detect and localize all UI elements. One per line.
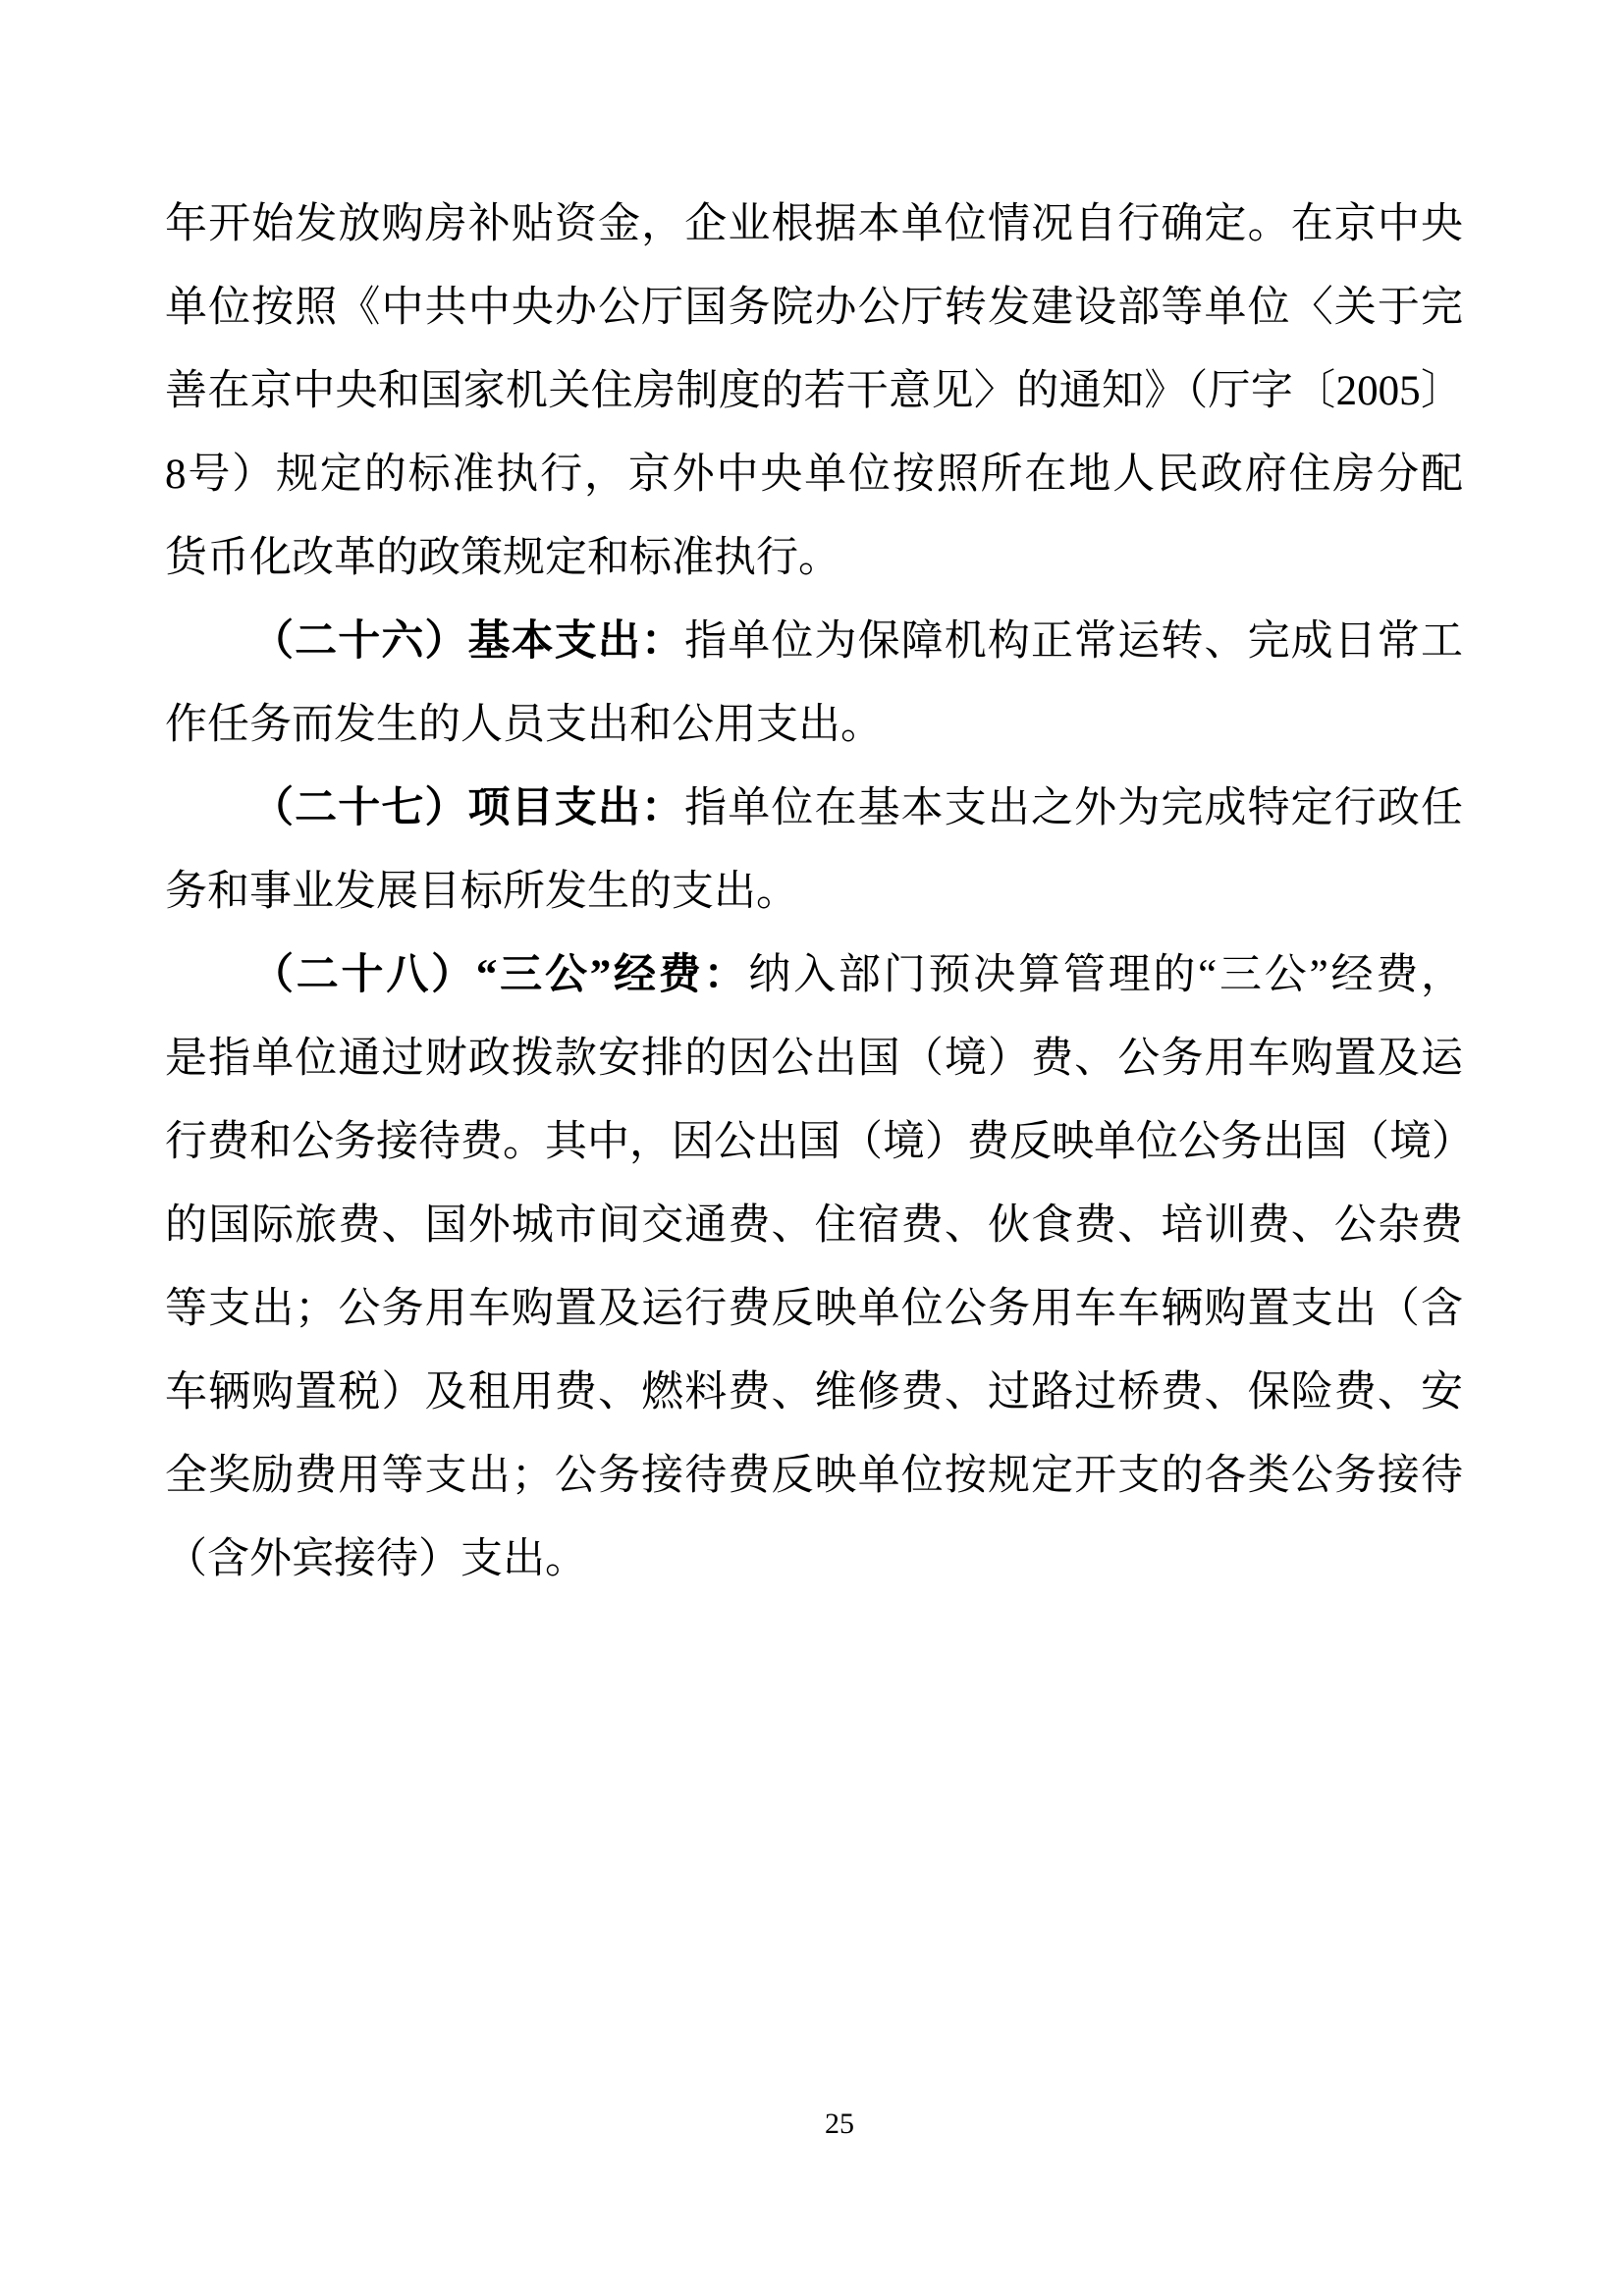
- line-text: 行费和公务接待费。其中，因公出国（境）费反映单位公务出国（境）: [165, 1119, 1474, 1165]
- paragraph-line: （含外宾接待）支出。: [165, 1518, 1463, 1601]
- paragraph-line: 年开始发放购房补贴资金，企业根据本单位情况自行确定。在京中央: [165, 183, 1463, 266]
- paragraph-line: 行费和公务接待费。其中，因公出国（境）费反映单位公务出国（境）: [165, 1100, 1463, 1184]
- line-text: 全奖励费用等支出；公务接待费反映单位按规定开支的各类公务接待: [165, 1453, 1463, 1499]
- paragraph-line: 作任务而发生的人员支出和公用支出。: [165, 683, 1463, 767]
- line-text: 指单位为保障机构正常运转、完成日常工: [684, 618, 1463, 665]
- line-text: 货币化改革的政策规定和标准执行。: [165, 535, 840, 581]
- document-page: 年开始发放购房补贴资金，企业根据本单位情况自行确定。在京中央 单位按照《中共中央…: [0, 0, 1624, 2296]
- paragraph-line: 全奖励费用等支出；公务接待费反映单位按规定开支的各类公务接待: [165, 1434, 1463, 1518]
- paragraph-line: 单位按照《中共中央办公厅国务院办公厅转发建设部等单位〈关于完: [165, 266, 1463, 349]
- paragraph-line: （二十六）基本支出：指单位为保障机构正常运转、完成日常工: [165, 600, 1463, 683]
- line-text: 等支出；公务用车购置及运行费反映单位公务用车车辆购置支出（含: [165, 1286, 1463, 1332]
- line-text: （含外宾接待）支出。: [165, 1536, 587, 1582]
- paragraph-line: （二十七）项目支出：指单位在基本支出之外为完成特定行政任: [165, 767, 1463, 850]
- paragraph-line: （二十八）“三公”经费：纳入部门预决算管理的“三公”经费，: [165, 934, 1463, 1017]
- line-text: 年开始发放购房补贴资金，企业根据本单位情况自行确定。在京中央: [165, 201, 1463, 247]
- bold-term: （二十七）项目支出：: [251, 785, 684, 831]
- line-text: 单位按照《中共中央办公厅国务院办公厅转发建设部等单位〈关于完: [165, 285, 1463, 331]
- paragraph-line: 善在京中央和国家机关住房制度的若干意见〉的通知》（厅字〔2005〕: [165, 349, 1463, 433]
- line-text: 善在京中央和国家机关住房制度的若干意见〉的通知》（厅字〔2005〕: [165, 368, 1463, 414]
- text-block: 年开始发放购房补贴资金，企业根据本单位情况自行确定。在京中央 单位按照《中共中央…: [165, 183, 1463, 1601]
- bold-term: （二十六）基本支出：: [251, 618, 684, 665]
- line-text: 纳入部门预决算管理的“三公”经费，: [748, 952, 1463, 998]
- paragraph-line: 务和事业发展目标所发生的支出。: [165, 850, 1463, 934]
- line-text: 务和事业发展目标所发生的支出。: [165, 869, 798, 915]
- line-text: 8号）规定的标准执行，京外中央单位按照所在地人民政府住房分配: [165, 452, 1463, 498]
- page-number: 25: [0, 2107, 1624, 2142]
- line-text: 车辆购置税）及租用费、燃料费、维修费、过路过桥费、保险费、安: [165, 1369, 1463, 1415]
- line-text: 作任务而发生的人员支出和公用支出。: [165, 702, 883, 748]
- line-text: 的国际旅费、国外城市间交通费、住宿费、伙食费、培训费、公杂费: [165, 1202, 1463, 1249]
- bold-term: （二十八）“三公”经费：: [251, 952, 748, 998]
- line-text: 是指单位通过财政拨款安排的因公出国（境）费、公务用车购置及运: [165, 1036, 1463, 1082]
- line-text: 指单位在基本支出之外为完成特定行政任: [684, 785, 1463, 831]
- paragraph-line: 8号）规定的标准执行，京外中央单位按照所在地人民政府住房分配: [165, 433, 1463, 516]
- paragraph-line: 的国际旅费、国外城市间交通费、住宿费、伙食费、培训费、公杂费: [165, 1184, 1463, 1267]
- paragraph-line: 等支出；公务用车购置及运行费反映单位公务用车车辆购置支出（含: [165, 1267, 1463, 1351]
- paragraph-line: 货币化改革的政策规定和标准执行。: [165, 516, 1463, 600]
- paragraph-line: 车辆购置税）及租用费、燃料费、维修费、过路过桥费、保险费、安: [165, 1351, 1463, 1434]
- paragraph-line: 是指单位通过财政拨款安排的因公出国（境）费、公务用车购置及运: [165, 1017, 1463, 1100]
